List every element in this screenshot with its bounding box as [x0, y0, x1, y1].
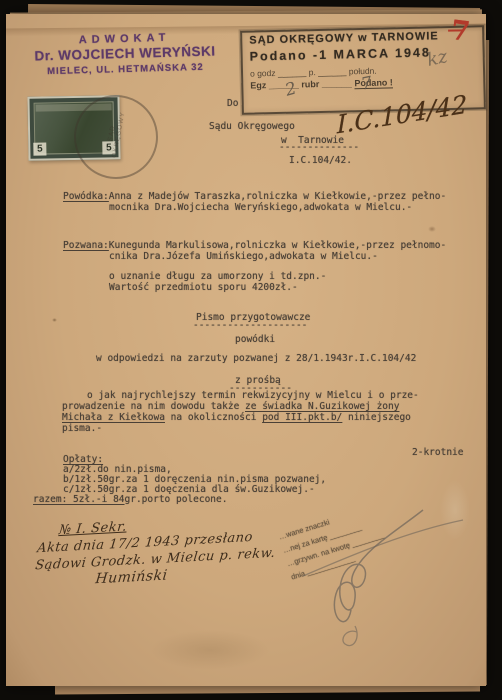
- claim-subject: o uznanie długu za umorzony i td.zpn.-: [109, 271, 326, 282]
- red-crayon-folio-number: 7: [449, 15, 471, 48]
- request-line3: Michała z Kiełkowa na okoliczności pod I…: [62, 412, 411, 423]
- typed-dashes: --------------: [279, 142, 359, 153]
- addressee-do: Do: [227, 98, 238, 109]
- handwritten-rubr-number: 7: [359, 73, 374, 95]
- postmark-text: SĄD OKRĘGOWY: [103, 103, 128, 165]
- plaintiff-line2: mocnika Dra.Wojciecha Weryńskiego,adwoka…: [109, 202, 412, 213]
- defendant-line2: cnika Dra.Józefa Umińskiego,adwokata w M…: [109, 251, 378, 262]
- pencil-annotation: kz: [425, 46, 449, 71]
- plaintiff-label: Powódka:: [63, 191, 109, 202]
- request-line1: o jak najrychlejszy termin rekwizycyjny …: [87, 390, 419, 401]
- paper-stain: [52, 318, 57, 322]
- defendant-line1: Pozwana:Kunegunda Markulisowa,rolniczka …: [63, 240, 446, 251]
- postage-stamp-value: 5: [33, 142, 46, 155]
- pencil-signature-flourish: [295, 498, 470, 658]
- reply-line: w odpowiedzi na zarzuty pozwanej z 28/1.…: [96, 353, 416, 364]
- paper-stain: [150, 630, 270, 670]
- fees-total: razem: 5zł.-i 84gr.porto polecone.: [33, 494, 227, 505]
- court-name: SĄD OKRĘGOWY w TARNOWIE: [249, 29, 475, 46]
- attorney-ink-stamp: ADWOKAT Dr. WOJCIECH WERYŃSKI MIELEC, UL…: [31, 30, 218, 77]
- copies-note: 2-krotnie: [412, 447, 463, 458]
- defendant-label: Pozwana:: [63, 240, 109, 251]
- plaintiff-line1: Powódka:Anna z Madejów Taraszka,rolniczk…: [63, 191, 446, 202]
- handwritten-clerk-note: № I. Sekr. Akta dnia 17/2 1943 przesłano…: [33, 511, 280, 590]
- paper-stain: [428, 226, 436, 232]
- case-number: I.C.104/42.: [289, 155, 352, 166]
- claim-value: Wartość przedmiotu sporu 4200zł.-: [109, 282, 298, 293]
- typed-dashes: --------------------: [193, 320, 307, 331]
- request-line4: pisma.-: [62, 423, 102, 434]
- request-line2: prowadzenie na nim dowodu także ze świad…: [62, 401, 399, 412]
- addressee-court: Sądu Okręgowego: [209, 121, 295, 132]
- scanned-document-page: ADWOKAT Dr. WOJCIECH WERYŃSKI MIELEC, UL…: [0, 0, 502, 700]
- document-subtitle: powódki: [235, 334, 275, 345]
